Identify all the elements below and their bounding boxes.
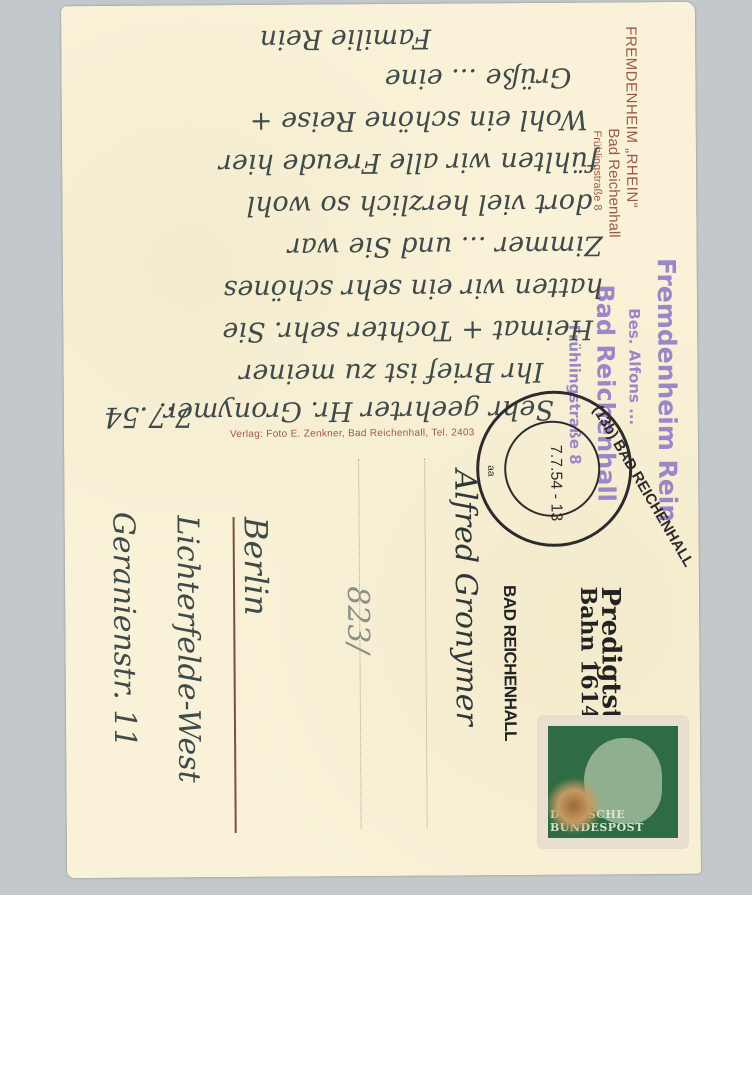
address-dotted-line: [424, 459, 428, 829]
message-line: fühlten wir alle Freude hier: [219, 145, 598, 179]
recipient-city: Berlin: [237, 517, 276, 616]
cancel-town: BAD REICHENHALL: [499, 585, 520, 741]
message-line: hatten wir ein sehr schönes: [223, 271, 603, 305]
handwritten-message: Sehr geehrter Hr. Gronymer. Ihr Brief is…: [81, 12, 614, 436]
recipient-district: Lichterfelde-West: [170, 515, 207, 783]
handwritten-date: 7.7.54: [104, 400, 193, 434]
message-line: Grüße ... eine: [385, 62, 572, 94]
recipient-name: Alfred Gronymer: [447, 469, 484, 726]
message-line: Heimat + Tochter sehr. Sie: [222, 314, 593, 348]
message-line: Zimmer ... und Sie war: [288, 229, 603, 262]
rubber-stamp-line1: Fremdenheim Rein: [652, 258, 683, 522]
message-line: Ihr Brief ist zu meiner: [239, 356, 543, 389]
message-line: dort viel herzlich so wohl: [246, 188, 592, 221]
rubber-stamp-line2: Bes. Alfons ...: [625, 308, 644, 425]
letterhead-name: FREMDENHEIM „RHEIN“: [622, 26, 640, 208]
pencil-note: 823/: [340, 586, 375, 654]
recipient-street: Geranienstr. 11: [105, 512, 142, 748]
message-line: Familie Rein: [260, 23, 432, 55]
message-line: Wohl ein schöne Reise +: [250, 104, 588, 137]
postmark-code: aa: [485, 465, 496, 476]
stain: [548, 776, 600, 836]
postmark-date: 7.7.54 - 13: [546, 445, 565, 522]
